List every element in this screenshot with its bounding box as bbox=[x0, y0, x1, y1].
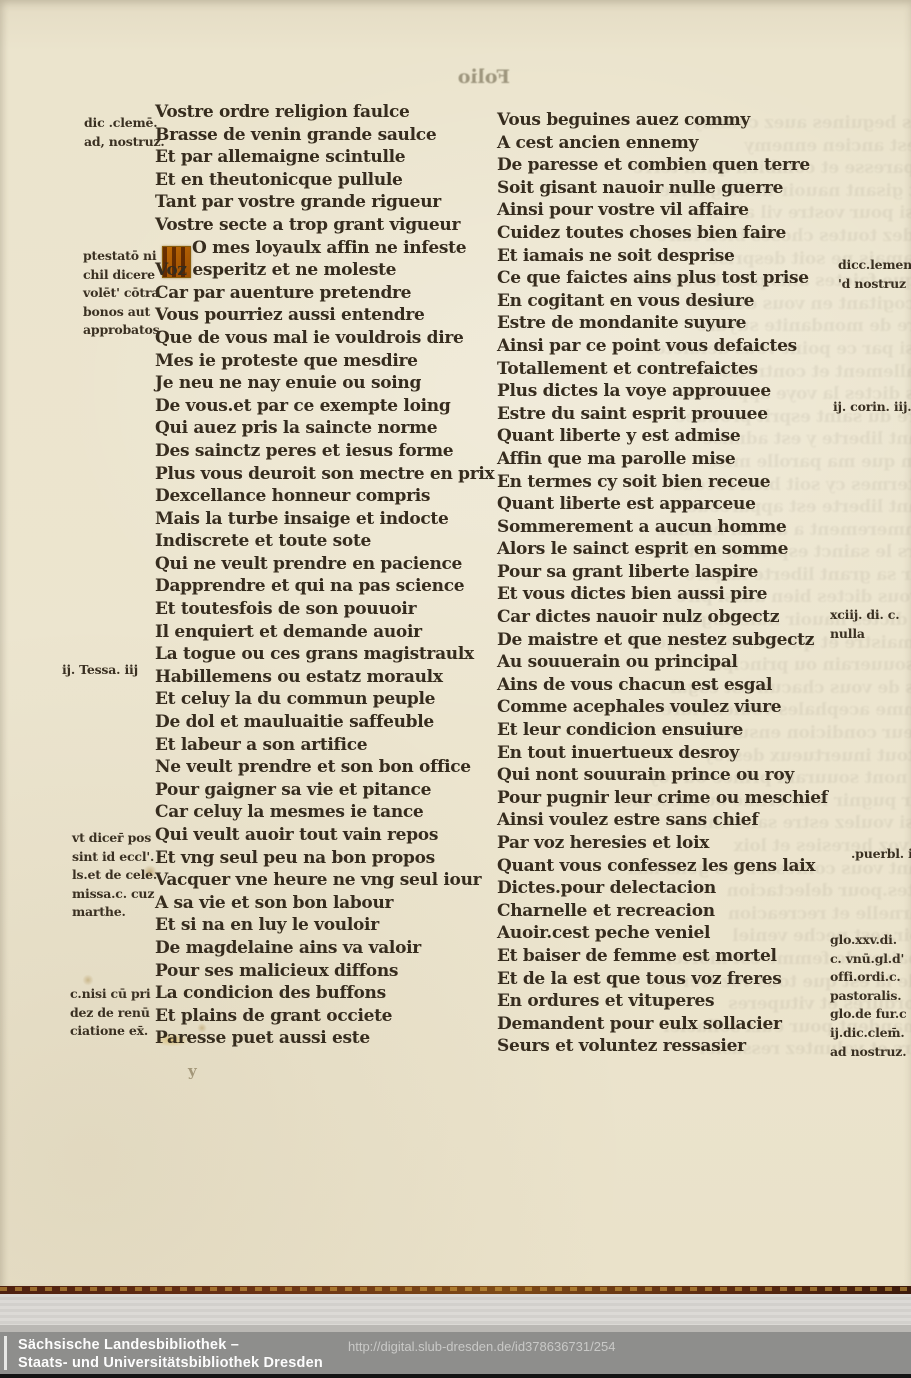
verse-line: Que de vous mal ie vouldrois dire bbox=[155, 327, 494, 350]
book-fore-edge-pages bbox=[0, 1294, 911, 1332]
verse-line: Ainsi pour vostre vil affaire bbox=[497, 199, 828, 222]
verse-line: Des sainctz peres et iesus forme bbox=[155, 440, 494, 463]
verse-line: Je neu ne nay enuie ou soing bbox=[155, 372, 494, 395]
verse-line: La togue ou ces grans magistraulx bbox=[155, 643, 494, 666]
verse-line: Sommerement a aucun homme bbox=[497, 516, 828, 539]
verse-line: Totallement et contrefaictes bbox=[497, 358, 828, 381]
library-attribution-bar: Sächsische Landesbibliothek – Staats- un… bbox=[0, 1332, 911, 1374]
library-name-line2: Staats- und Universitätsbibliothek Dresd… bbox=[18, 1355, 323, 1373]
verse-line: Soit gisant nauoir nulle guerre bbox=[497, 177, 828, 200]
verse-line: Voz esperitz et ne moleste bbox=[155, 259, 494, 282]
verse-line: Pour pugnir leur crime ou meschief bbox=[497, 787, 828, 810]
scan-bottom-edge bbox=[0, 1374, 911, 1378]
verse-line: Au souuerain ou principal bbox=[497, 651, 828, 674]
verse-line: Quant liberte est apparceue bbox=[497, 493, 828, 516]
verse-line: Car dictes nauoir nulz obgectz bbox=[497, 606, 828, 629]
verse-line: Pour ses malicieux diffons bbox=[155, 960, 494, 983]
verse-line: Plus vous deuroit son mectre en prix bbox=[155, 463, 494, 486]
verse-line: Par voz heresies et loix bbox=[497, 832, 828, 855]
library-name-line1: Sächsische Landesbibliothek – bbox=[18, 1337, 323, 1355]
verse-line: Pour sa grant liberte laspire bbox=[497, 561, 828, 584]
folio-showthrough: Folio bbox=[430, 66, 510, 88]
verse-line: Ce que faictes ains plus tost prise bbox=[497, 267, 828, 290]
verse-line: Dictes.pour delectacion bbox=[497, 877, 828, 900]
verse-line: Estre de mondanite suyure bbox=[497, 312, 828, 335]
verse-line: Pour gaigner sa vie et pitance bbox=[155, 779, 494, 802]
verse-line: Indiscrete et toute sote bbox=[155, 530, 494, 553]
verse-line: Vous pourriez aussi entendre bbox=[155, 304, 494, 327]
right-text-column: Vous beguines auez commyA cest ancien en… bbox=[497, 109, 828, 1058]
verse-line: Auoir.cest peche veniel bbox=[497, 922, 828, 945]
verse-line: Et si na en luy le vouloir bbox=[155, 914, 494, 937]
verse-line: De dol et mauluaitie saffeuble bbox=[155, 711, 494, 734]
verse-line: Et baiser de femme est mortel bbox=[497, 945, 828, 968]
verse-line: Affin que ma parolle mise bbox=[497, 448, 828, 471]
verse-line: Vacquer vne heure ne vng seul iour bbox=[155, 869, 494, 892]
quire-mark: y bbox=[188, 1062, 197, 1080]
verse-line: Qui auez pris la saincte norme bbox=[155, 417, 494, 440]
verse-line: Car par auenture pretendre bbox=[155, 282, 494, 305]
verse-line: En termes cy soit bien receue bbox=[497, 471, 828, 494]
verse-line: Dapprendre et qui na pas science bbox=[155, 575, 494, 598]
verse-line: Demandent pour eulx sollacier bbox=[497, 1013, 828, 1036]
verse-line: Ainsi voulez estre sans chief bbox=[497, 809, 828, 832]
verse-line: Cuidez toutes choses bien faire bbox=[497, 222, 828, 245]
verse-line: Habillemens ou estatz moraulx bbox=[155, 666, 494, 689]
verse-line: Et celuy la du commun peuple bbox=[155, 688, 494, 711]
verse-line: Paresse puet aussi este bbox=[155, 1027, 494, 1050]
verse-line: De magdelaine ains va valoir bbox=[155, 937, 494, 960]
verse-line: Et vng seul peu na bon propos bbox=[155, 847, 494, 870]
verse-line: Et par allemaigne scintulle bbox=[155, 146, 494, 169]
verse-line: Qui nont souurain prince ou roy bbox=[497, 764, 828, 787]
verse-line: Plus dictes la voye approuuee bbox=[497, 380, 828, 403]
book-gilt-edge bbox=[0, 1286, 911, 1294]
verse-line: Quant vous confessez les gens laix bbox=[497, 855, 828, 878]
verse-line: De vous.et par ce exempte loing bbox=[155, 395, 494, 418]
verse-line: Et iamais ne soit desprise bbox=[497, 245, 828, 268]
verse-line: A cest ancien ennemy bbox=[497, 132, 828, 155]
verse-line: Vostre ordre religion faulce bbox=[155, 101, 494, 124]
verse-line: De paresse et combien quen terre bbox=[497, 154, 828, 177]
verse-line: La condicion des buffons bbox=[155, 982, 494, 1005]
verse-line: Qui ne veult prendre en pacience bbox=[155, 553, 494, 576]
verse-line: Car celuy la mesmes ie tance bbox=[155, 801, 494, 824]
verse-line: A sa vie et son bon labour bbox=[155, 892, 494, 915]
verse-line: Et labeur a son artifice bbox=[155, 734, 494, 757]
verse-line: Et toutesfois de son pouuoir bbox=[155, 598, 494, 621]
verse-line: Estre du saint esprit prouuee bbox=[497, 403, 828, 426]
footer-divider-line bbox=[4, 1336, 7, 1370]
verse-line: Et leur condicion ensuiure bbox=[497, 719, 828, 742]
verse-line: Mes ie proteste que mesdire bbox=[155, 350, 494, 373]
verse-line: Ne veult prendre et son bon office bbox=[155, 756, 494, 779]
verse-line: Qui veult auoir tout vain repos bbox=[155, 824, 494, 847]
verse-line: Et vous dictes bien aussi pire bbox=[497, 583, 828, 606]
left-text-column: Vostre ordre religion faulceBrasse de ve… bbox=[155, 101, 494, 1050]
verse-line: Brasse de venin grande saulce bbox=[155, 124, 494, 147]
verse-line: En cogitant en vous desiure bbox=[497, 290, 828, 313]
verse-line: Vous beguines auez commy bbox=[497, 109, 828, 132]
verse-line: Il enquiert et demande auoir bbox=[155, 621, 494, 644]
verse-line: Mais la turbe insaige et indocte bbox=[155, 508, 494, 531]
verse-line: Ainsi par ce point vous defaictes bbox=[497, 335, 828, 358]
digital-object-url: http://digital.slub-dresden.de/id3786367… bbox=[348, 1339, 615, 1354]
verse-line: En tout inuertueux desroy bbox=[497, 742, 828, 765]
verse-line: Comme acephales voulez viure bbox=[497, 696, 828, 719]
verse-line: Vostre secte a trop grant vigueur bbox=[155, 214, 494, 237]
verse-line: Dexcellance honneur compris bbox=[155, 485, 494, 508]
verse-line: Charnelle et recreacion bbox=[497, 900, 828, 923]
verse-line: Ains de vous chacun est esgal bbox=[497, 674, 828, 697]
verse-line: Et en theutonicque pullule bbox=[155, 169, 494, 192]
library-name: Sächsische Landesbibliothek – Staats- un… bbox=[18, 1337, 323, 1372]
verse-line: De maistre et que nestez subgectz bbox=[497, 629, 828, 652]
verse-line: Et plains de grant occiete bbox=[155, 1005, 494, 1028]
verse-line: Seurs et voluntez ressasier bbox=[497, 1035, 828, 1058]
verse-line: Tant par vostre grande rigueur bbox=[155, 191, 494, 214]
verse-line: Et de la est que tous voz freres bbox=[497, 968, 828, 991]
verse-line: Alors le sainct esprit en somme bbox=[497, 538, 828, 561]
verse-line: En ordures et vituperes bbox=[497, 990, 828, 1013]
verse-line: Quant liberte y est admise bbox=[497, 425, 828, 448]
verse-line: O mes loyaulx affin ne infeste bbox=[155, 237, 494, 260]
